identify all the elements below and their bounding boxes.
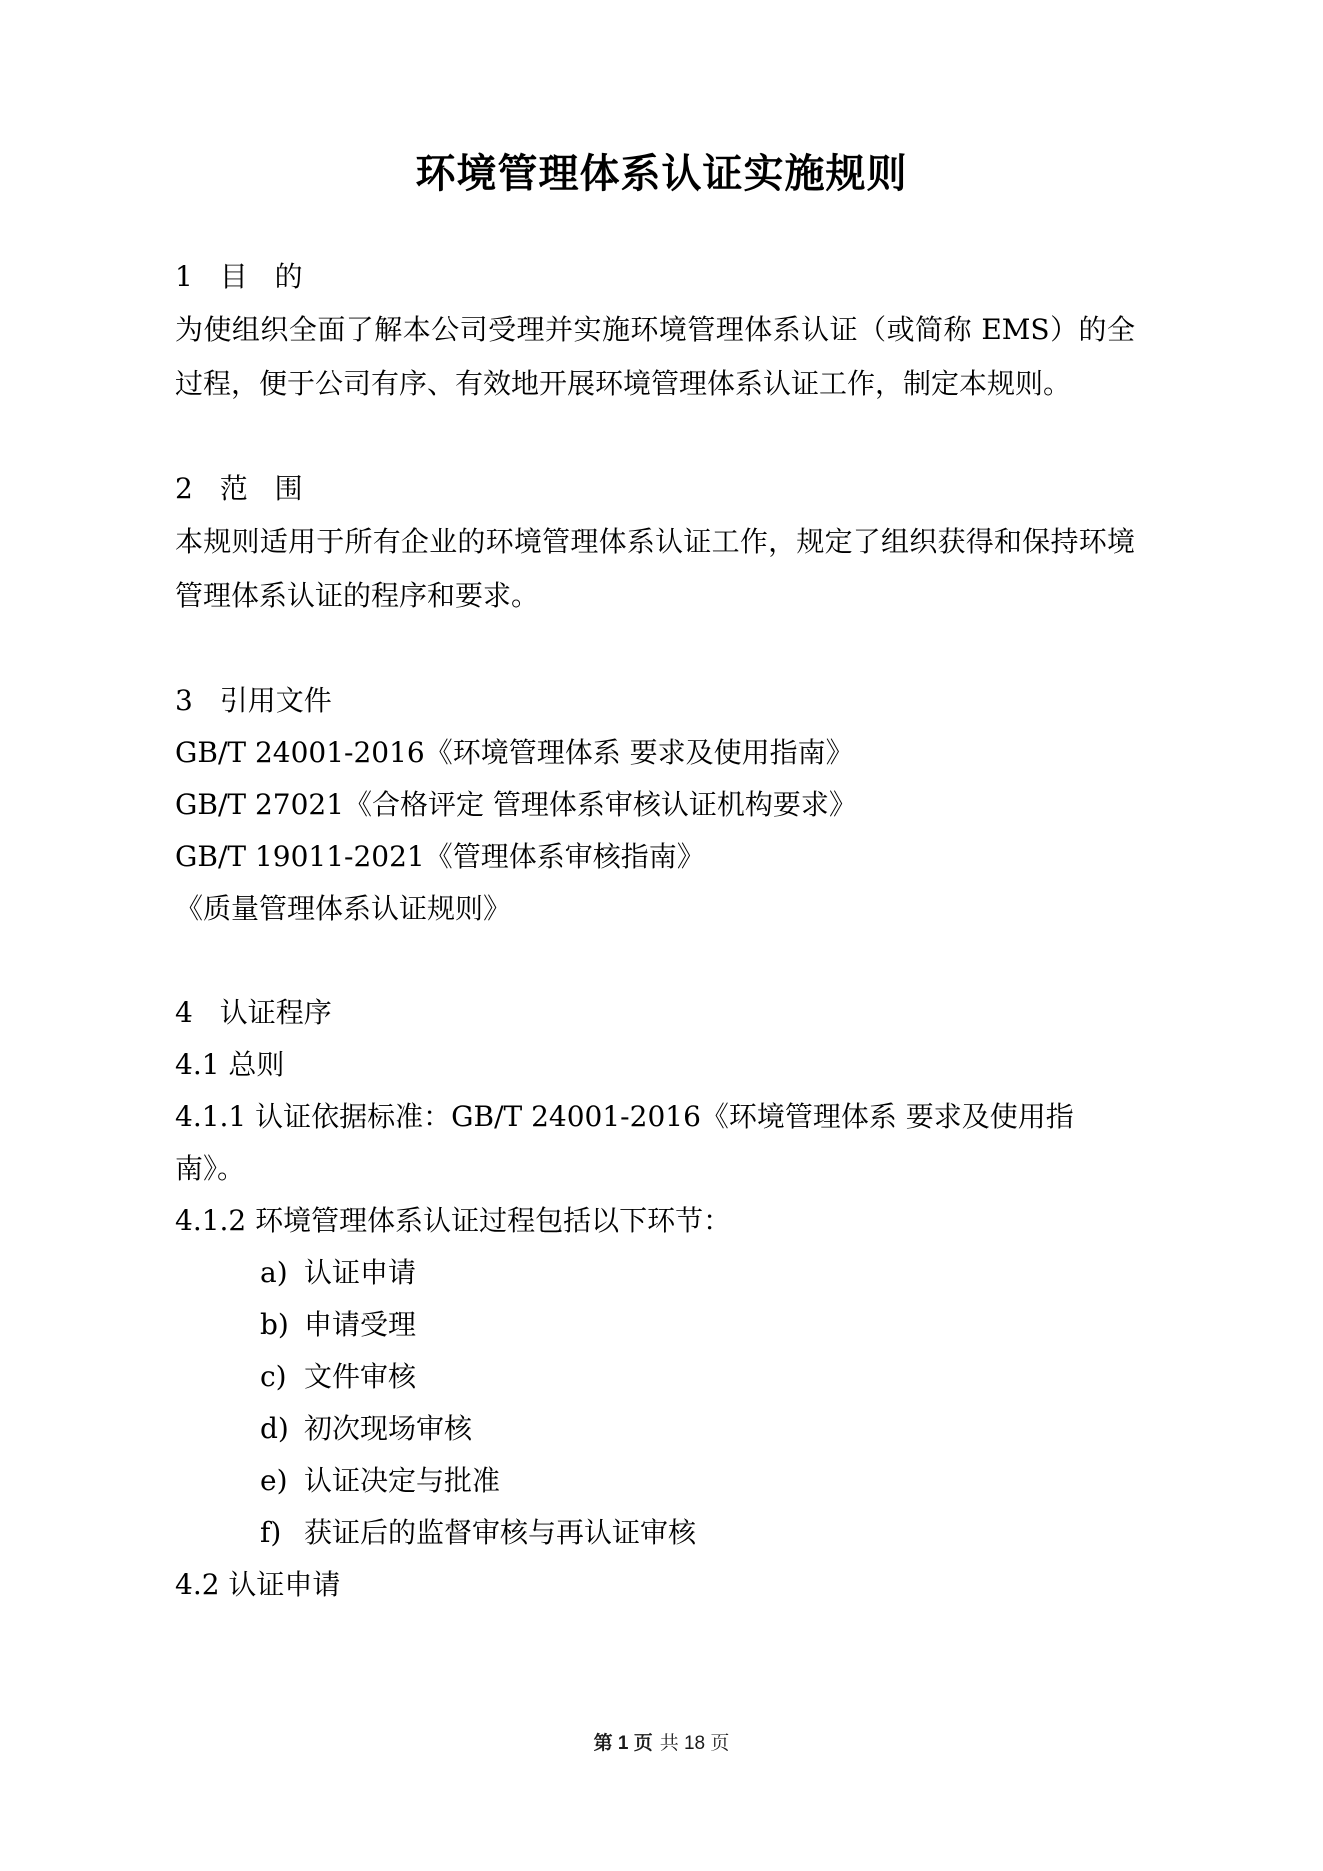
step-item: b)申请受理 <box>260 1299 1135 1351</box>
footer-total-label: 共 18 页 <box>660 1733 730 1754</box>
document-title: 环境管理体系认证实施规则 <box>0 0 1323 198</box>
step-marker: e) <box>260 1455 304 1507</box>
footer-page-label: 第 1 页 <box>594 1733 653 1754</box>
step-item: e)认证决定与批准 <box>260 1455 1135 1507</box>
page-footer: 第 1 页共 18 页 <box>0 1728 1323 1755</box>
subsection-line-application: 4.2 认证申请 <box>175 1559 1135 1611</box>
step-text: 认证决定与批准 <box>304 1464 500 1497</box>
subsection-line-general: 4.1 总则 <box>175 1039 1135 1091</box>
purpose-paragraph: 为使组织全面了解本公司受理并实施环境管理体系认证（或简称 EMS）的全过程，便于… <box>175 303 1135 411</box>
step-text: 获证后的监督审核与再认证审核 <box>304 1516 696 1549</box>
reference-line: GB/T 24001-2016《环境管理体系 要求及使用指南》 <box>175 727 1135 779</box>
step-marker: f) <box>260 1507 304 1559</box>
subsection-line-standard: 4.1.1 认证依据标准：GB/T 24001-2016《环境管理体系 要求及使… <box>175 1091 1135 1195</box>
section-heading-references: 3 引用文件 <box>175 675 1135 727</box>
document-page: 环境管理体系认证实施规则 1 目 的 为使组织全面了解本公司受理并实施环境管理体… <box>0 0 1323 1871</box>
step-item: a)认证申请 <box>260 1247 1135 1299</box>
reference-line: GB/T 27021《合格评定 管理体系审核认证机构要求》 <box>175 779 1135 831</box>
scope-paragraph: 本规则适用于所有企业的环境管理体系认证工作，规定了组织获得和保持环境管理体系认证… <box>175 515 1135 623</box>
step-marker: a) <box>260 1247 304 1299</box>
reference-line: 《质量管理体系认证规则》 <box>175 883 1135 935</box>
step-marker: b) <box>260 1299 304 1351</box>
step-item: c)文件审核 <box>260 1351 1135 1403</box>
step-text: 申请受理 <box>304 1308 416 1341</box>
reference-line: GB/T 19011-2021《管理体系审核指南》 <box>175 831 1135 883</box>
section-heading-procedure: 4 认证程序 <box>175 987 1135 1039</box>
section-heading-purpose: 1 目 的 <box>175 251 1135 303</box>
step-text: 认证申请 <box>304 1256 416 1289</box>
step-text: 文件审核 <box>304 1360 416 1393</box>
step-marker: d) <box>260 1403 304 1455</box>
step-text: 初次现场审核 <box>304 1412 472 1445</box>
document-body: 1 目 的 为使组织全面了解本公司受理并实施环境管理体系认证（或简称 EMS）的… <box>0 251 1323 1611</box>
step-marker: c) <box>260 1351 304 1403</box>
certification-steps-list: a)认证申请 b)申请受理 c)文件审核 d)初次现场审核 e)认证决定与批准 … <box>175 1247 1135 1559</box>
step-item: f)获证后的监督审核与再认证审核 <box>260 1507 1135 1559</box>
subsection-line-process: 4.1.2 环境管理体系认证过程包括以下环节： <box>175 1195 1135 1247</box>
section-heading-scope: 2 范 围 <box>175 463 1135 515</box>
step-item: d)初次现场审核 <box>260 1403 1135 1455</box>
